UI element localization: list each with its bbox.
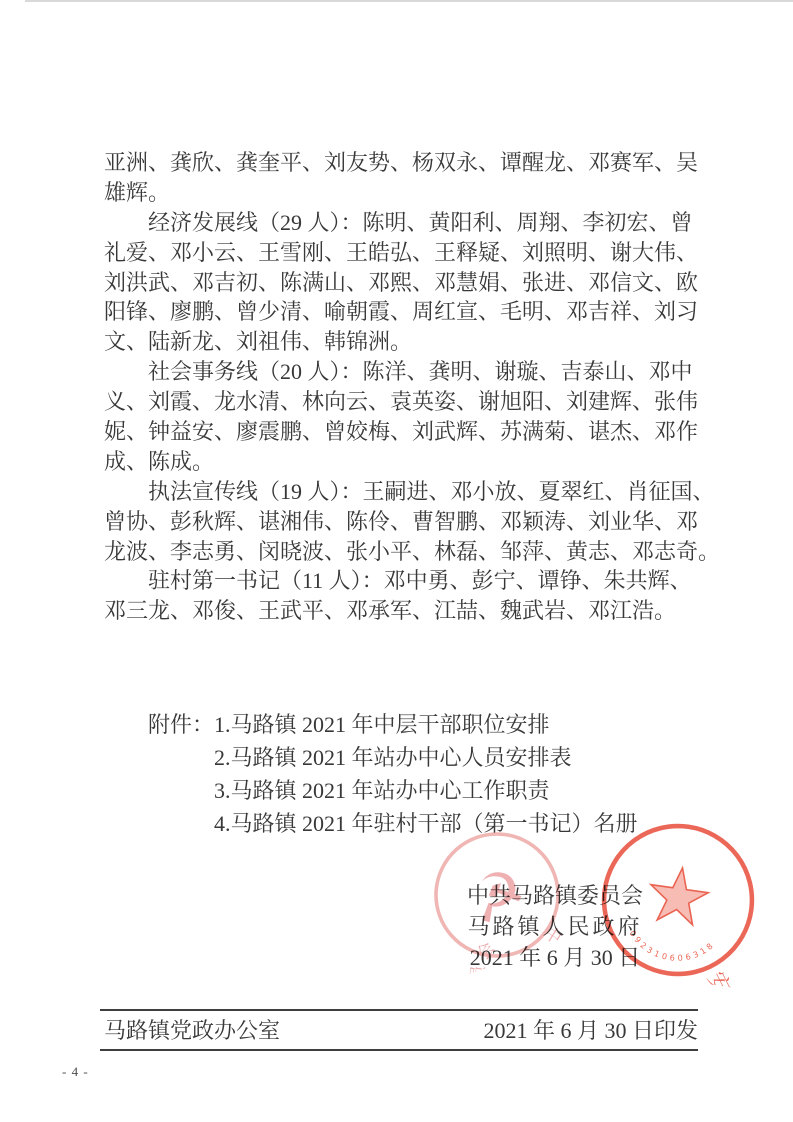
body-line: 义、刘霞、龙水清、林向云、袁英姿、谢旭阳、刘建辉、张伟 — [104, 387, 700, 417]
attachment-item: 1.马路镇 2021 年中层干部职位安排 — [214, 708, 638, 741]
attachments-list: 1.马路镇 2021 年中层干部职位安排 2.马路镇 2021 年站办中心人员安… — [214, 708, 638, 840]
footer-row: 马路镇党政办公室 2021 年 6 月 30 日印发 — [104, 1019, 698, 1043]
government-seal: 安化县马路镇人民政府 092310606318 — [589, 811, 767, 989]
page-number: - 4 - — [62, 1064, 89, 1080]
scan-edge-artifact — [25, 0, 793, 2]
body-line: 雄辉。 — [104, 178, 700, 208]
body-line: 执法宣传线（19 人）：王嗣进、邓小放、夏翠红、肖征国、 — [104, 477, 700, 507]
body-line: 经济发展线（29 人）：陈明、黄阳利、周翔、李初宏、曾 — [104, 208, 700, 238]
footer-office: 马路镇党政办公室 — [104, 1019, 280, 1043]
government-seal-icon: 安化县马路镇人民政府 092310606318 — [589, 811, 767, 989]
document-page: 亚洲、龚欣、龚奎平、刘友势、杨双永、谭醒龙、邓赛军、吴 雄辉。 经济发展线（29… — [0, 0, 793, 1122]
body-line: 阳锋、廖鹏、曾少清、喻朝霞、周红宣、毛明、邓吉祥、刘习 — [104, 297, 700, 327]
attachment-item: 3.马路镇 2021 年站办中心工作职责 — [214, 774, 638, 807]
body-line: 邓三龙、邓俊、王武平、邓承军、江喆、魏武岩、邓江浩。 — [104, 596, 700, 626]
body-line: 驻村第一书记（11 人）：邓中勇、彭宁、谭铮、朱共辉、 — [104, 566, 700, 596]
body-line: 龙波、李志勇、闵晓波、张小平、林磊、邹萍、黄志、邓志奇。 — [104, 537, 700, 567]
document-body: 亚洲、龚欣、龚奎平、刘友势、杨双永、谭醒龙、邓赛军、吴 雄辉。 经济发展线（29… — [104, 148, 700, 626]
body-line: 成、陈成。 — [104, 447, 700, 477]
hammer-sickle-icon: ☭ — [459, 853, 536, 941]
attachment-item: 2.马路镇 2021 年站办中心人员安排表 — [214, 741, 638, 774]
footer-rule-bottom — [100, 1049, 698, 1051]
body-line: 文、陆新龙、刘祖伟、韩锦洲。 — [104, 327, 700, 357]
attachment-item: 4.马路镇 2021 年驻村干部（第一书记）名册 — [214, 807, 638, 840]
footer-rule-top — [100, 1009, 698, 1011]
body-line: 刘洪武、邓吉初、陈满山、邓熙、邓慧娟、张进、邓信文、欧 — [104, 268, 700, 298]
body-line: 妮、钟益安、廖震鹏、曾姣梅、刘武辉、苏满菊、谌杰、邓作 — [104, 417, 700, 447]
body-line: 社会事务线（20 人）：陈洋、龚明、谢璇、吉泰山、邓中 — [104, 357, 700, 387]
attachments-label: 附件： — [148, 708, 214, 840]
body-line: 礼爱、邓小云、王雪刚、王皓弘、王释疑、刘照明、谢大伟、 — [104, 238, 700, 268]
body-line: 曾协、彭秋辉、谌湘伟、陈伶、曹智鹏、邓颖涛、刘业华、邓 — [104, 507, 700, 537]
footer-print-date: 2021 年 6 月 30 日印发 — [483, 1019, 698, 1043]
body-line: 亚洲、龚欣、龚奎平、刘友势、杨双永、谭醒龙、邓赛军、吴 — [104, 148, 700, 178]
star-icon — [646, 864, 711, 926]
attachments-block: 附件： 1.马路镇 2021 年中层干部职位安排 2.马路镇 2021 年站办中… — [148, 708, 638, 840]
